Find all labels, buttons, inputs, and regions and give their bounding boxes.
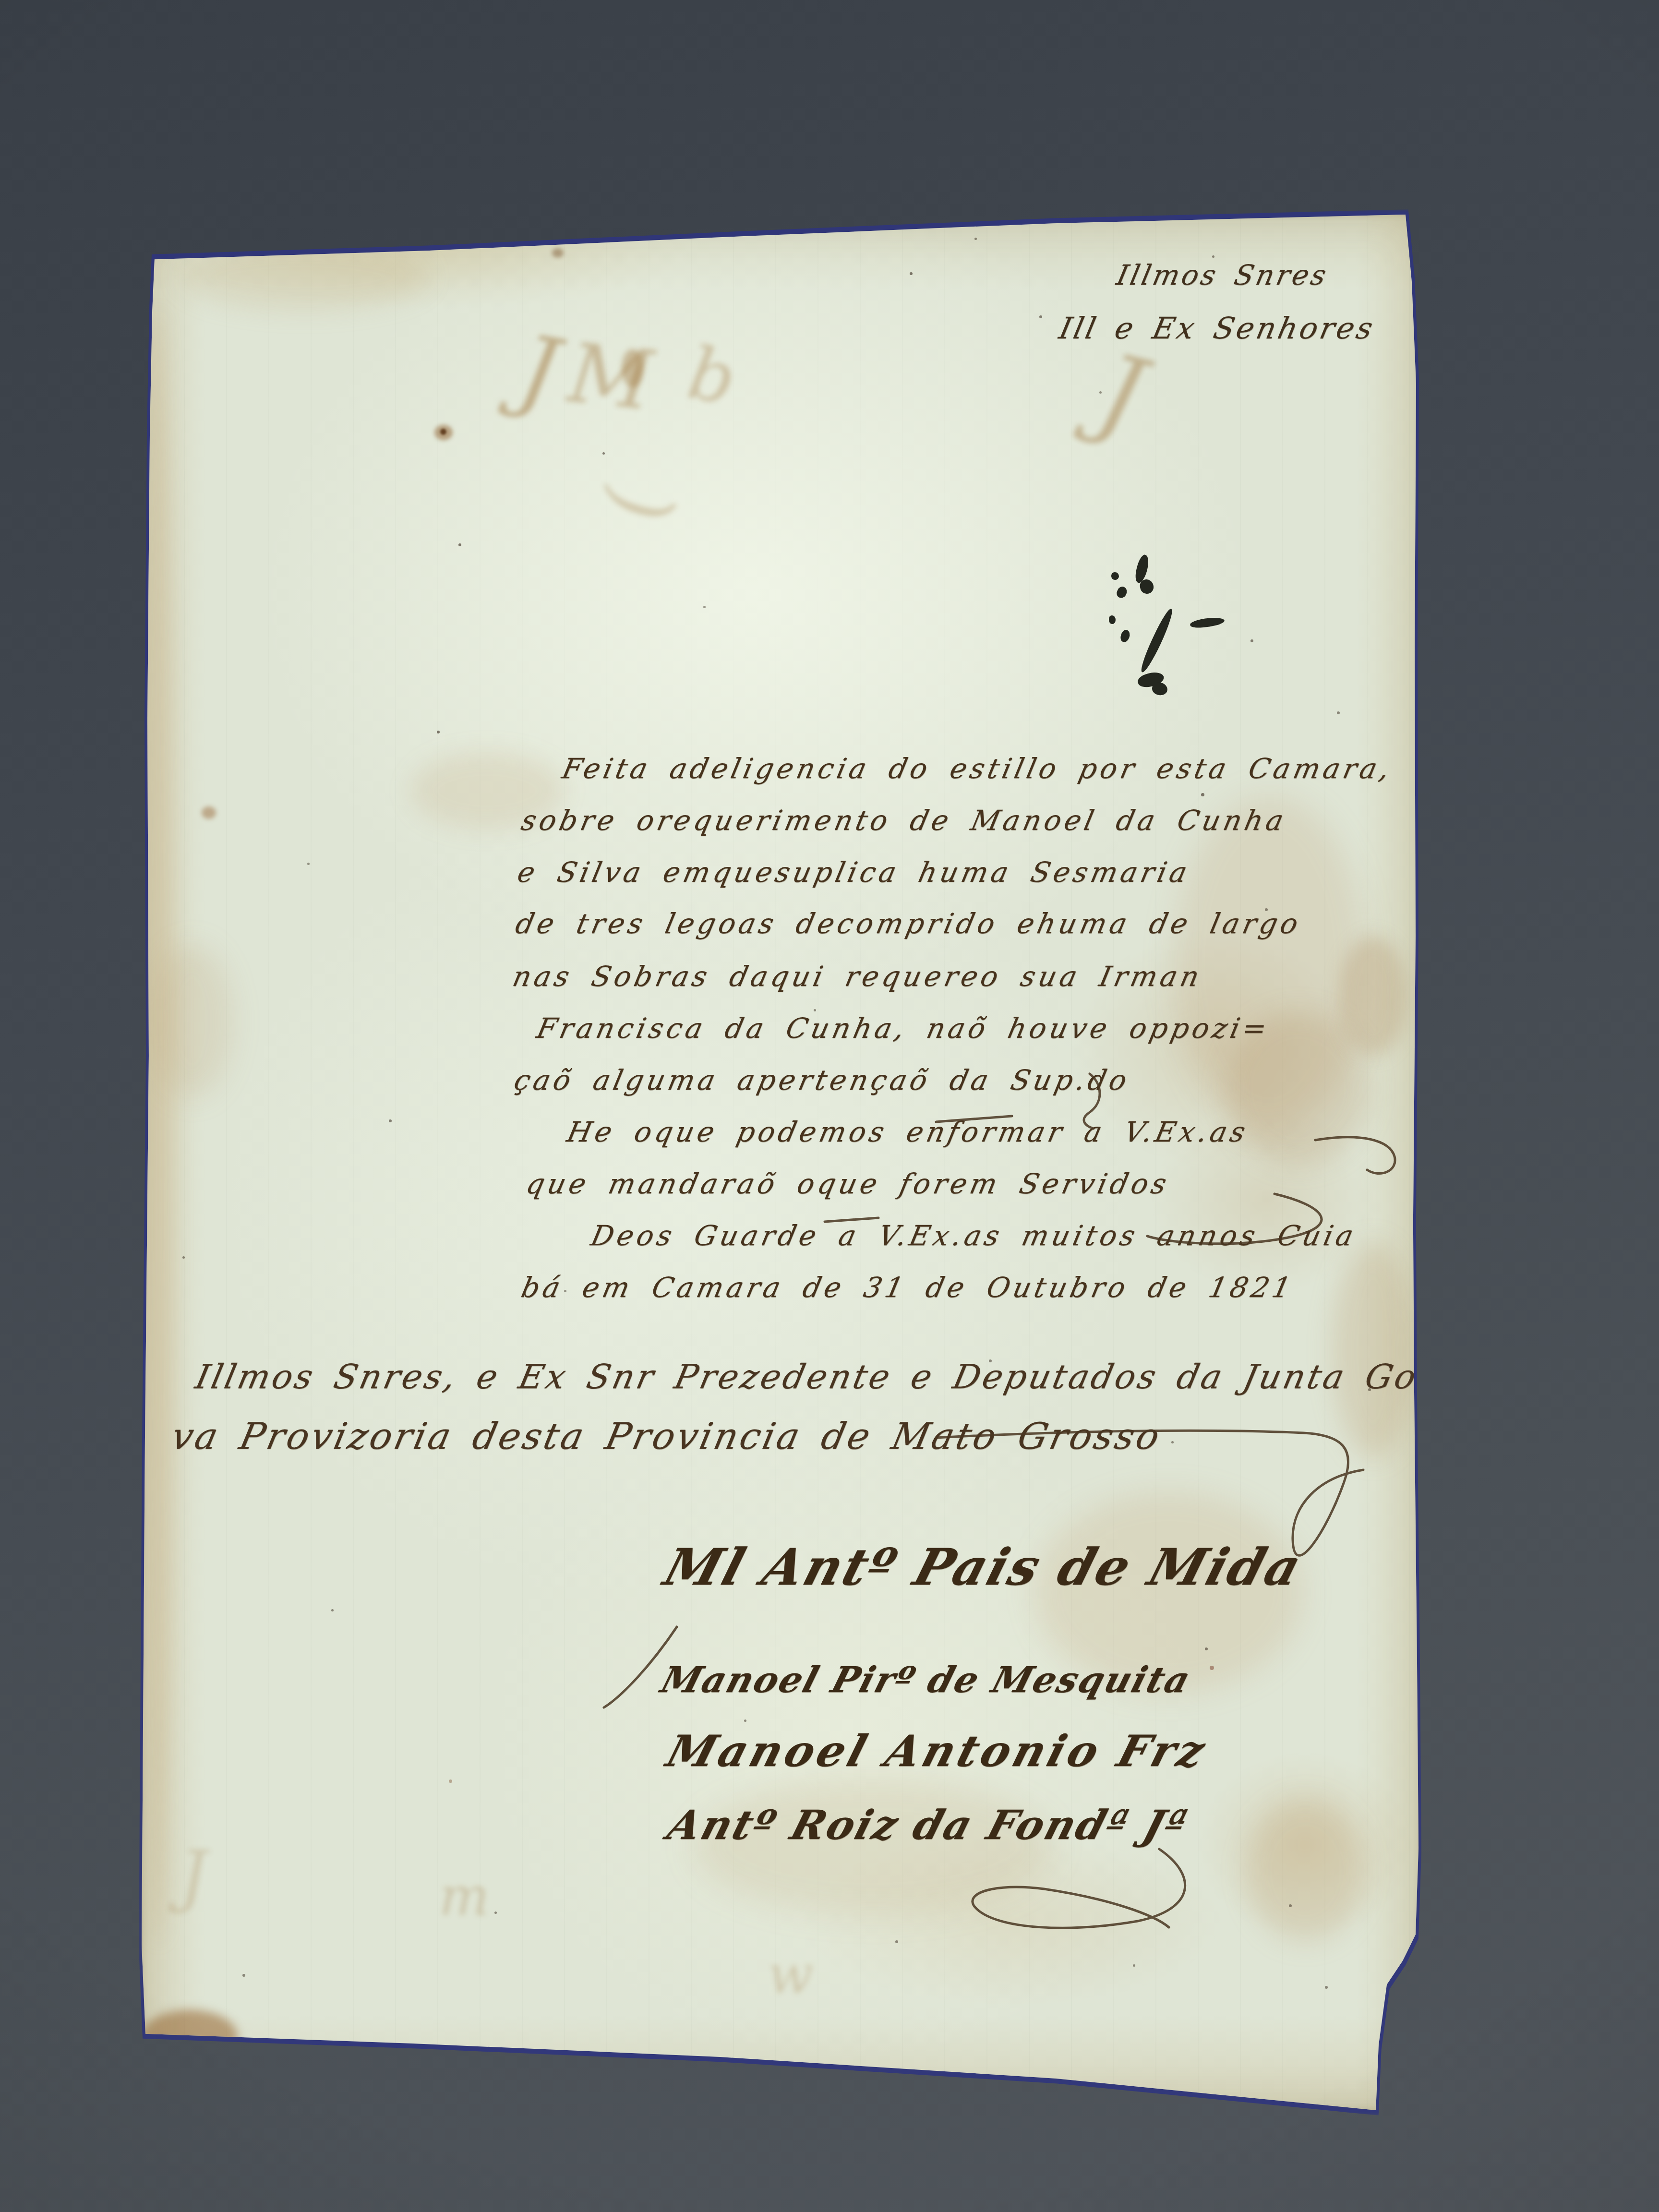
- body-line-2: sobre orequerimento de Manoel da Cunha: [518, 804, 1290, 837]
- stain: [1339, 936, 1407, 1056]
- ink-blot: [1139, 578, 1155, 595]
- photo-backdrop: J M b J ) m w J: [0, 0, 1659, 2212]
- speck: [1205, 1647, 1208, 1650]
- header-salutation-line-1: Illmos Snres: [1114, 259, 1331, 291]
- speck: [1325, 1986, 1328, 1989]
- header-salutation-line-2: Ill e Ex Senhores: [1056, 311, 1378, 346]
- stain: [202, 806, 216, 819]
- bleed-through-mark: b: [682, 331, 742, 421]
- flourish-signature-4: [973, 1849, 1185, 1928]
- body-line-5: nas Sobras daqui requereo sua Irman: [510, 960, 1205, 993]
- speck: [1171, 1441, 1174, 1443]
- ink-blot: [1190, 616, 1225, 629]
- speck: [242, 1974, 245, 1977]
- stain: [434, 425, 453, 440]
- bleed-through-mark: M: [564, 325, 657, 429]
- bleed-through-mark: J: [1088, 331, 1156, 455]
- body-line-10: Deos Guarde a V.Ex.as muitos annos Cuia: [588, 1219, 1359, 1252]
- signature-3: Manoel Antonio Frz: [661, 1726, 1214, 1777]
- stain: [1332, 1242, 1414, 1458]
- bleed-through-mark: w: [768, 1944, 813, 2006]
- ink-blot: [1136, 670, 1165, 689]
- signature-1: Ml Antº Pais de Mida: [658, 1537, 1310, 1597]
- ink-blot: [1109, 615, 1116, 624]
- speck: [602, 452, 605, 455]
- speck: [744, 1719, 746, 1722]
- ink-blot: [1133, 553, 1151, 584]
- ink-blot: [1138, 607, 1176, 674]
- speck: [1201, 793, 1204, 796]
- address-line-2: va Provizoria desta Provincia de Mato Gr…: [168, 1415, 1166, 1457]
- flourish-line-8-tail: [1315, 1137, 1395, 1174]
- speck: [389, 1119, 392, 1122]
- speck: [1133, 1964, 1135, 1967]
- speck: [1210, 1666, 1214, 1670]
- speck: [1039, 315, 1042, 318]
- speck: [331, 1609, 334, 1611]
- ink-blot: [1119, 629, 1131, 644]
- speck: [1099, 391, 1102, 394]
- stain: [151, 944, 233, 1098]
- speck: [494, 1911, 497, 1914]
- body-line-4: de tres legoas decomprido ehuma de largo: [513, 907, 1304, 940]
- address-line-1: Illmos Snres, e Ex Snr Prezedente e Depu…: [192, 1357, 1590, 1396]
- speck: [1250, 639, 1253, 642]
- ink-blot: [1151, 681, 1168, 696]
- speck: [1212, 255, 1214, 258]
- speck: [307, 863, 310, 865]
- speck: [449, 1779, 452, 1783]
- ink-blot: [1115, 585, 1129, 600]
- body-line-7: çaõ alguma apertençaõ da Sup.do: [511, 1064, 1133, 1096]
- speck: [703, 606, 706, 608]
- body-line-11: bá em Camara de 31 de Outubro de 1821: [518, 1271, 1297, 1304]
- signature-4: Antº Roiz da Fondª Jª: [662, 1801, 1194, 1849]
- body-line-8: He oque podemos enformar a V.Ex.as: [564, 1116, 1251, 1148]
- body-line-9: que mandaraõ oque forem Servidos: [523, 1167, 1173, 1200]
- manuscript-page: J M b J ) m w J: [142, 215, 1420, 2110]
- stain: [1246, 1799, 1366, 1943]
- ink-blot: [1111, 572, 1119, 580]
- bleed-through-mark: J: [512, 315, 566, 426]
- bleed-through-mark: ): [594, 484, 691, 524]
- stain: [552, 248, 564, 258]
- body-line-3: e Silva emquesuplica huma Sesmaria: [515, 856, 1193, 889]
- speck: [1337, 711, 1340, 714]
- stain: [440, 429, 446, 435]
- signature-2: Manoel Pirº de Mesquita: [656, 1659, 1196, 1701]
- speck: [814, 1009, 816, 1011]
- speck: [182, 1256, 185, 1259]
- body-line-6: Francisca da Cunha, naõ houve oppozi=: [534, 1012, 1273, 1045]
- body-line-1: Feita adeligencia do estillo por esta Ca…: [559, 752, 1396, 785]
- bleed-through-mark: J: [180, 1837, 207, 1915]
- speck: [910, 272, 913, 275]
- speck: [458, 543, 461, 546]
- speck: [895, 1940, 898, 1943]
- speck: [437, 731, 440, 733]
- speck: [974, 238, 977, 240]
- bleed-through-mark: m: [439, 1866, 489, 1927]
- bleed-through-mark: [622, 349, 643, 387]
- speck: [1289, 1904, 1292, 1907]
